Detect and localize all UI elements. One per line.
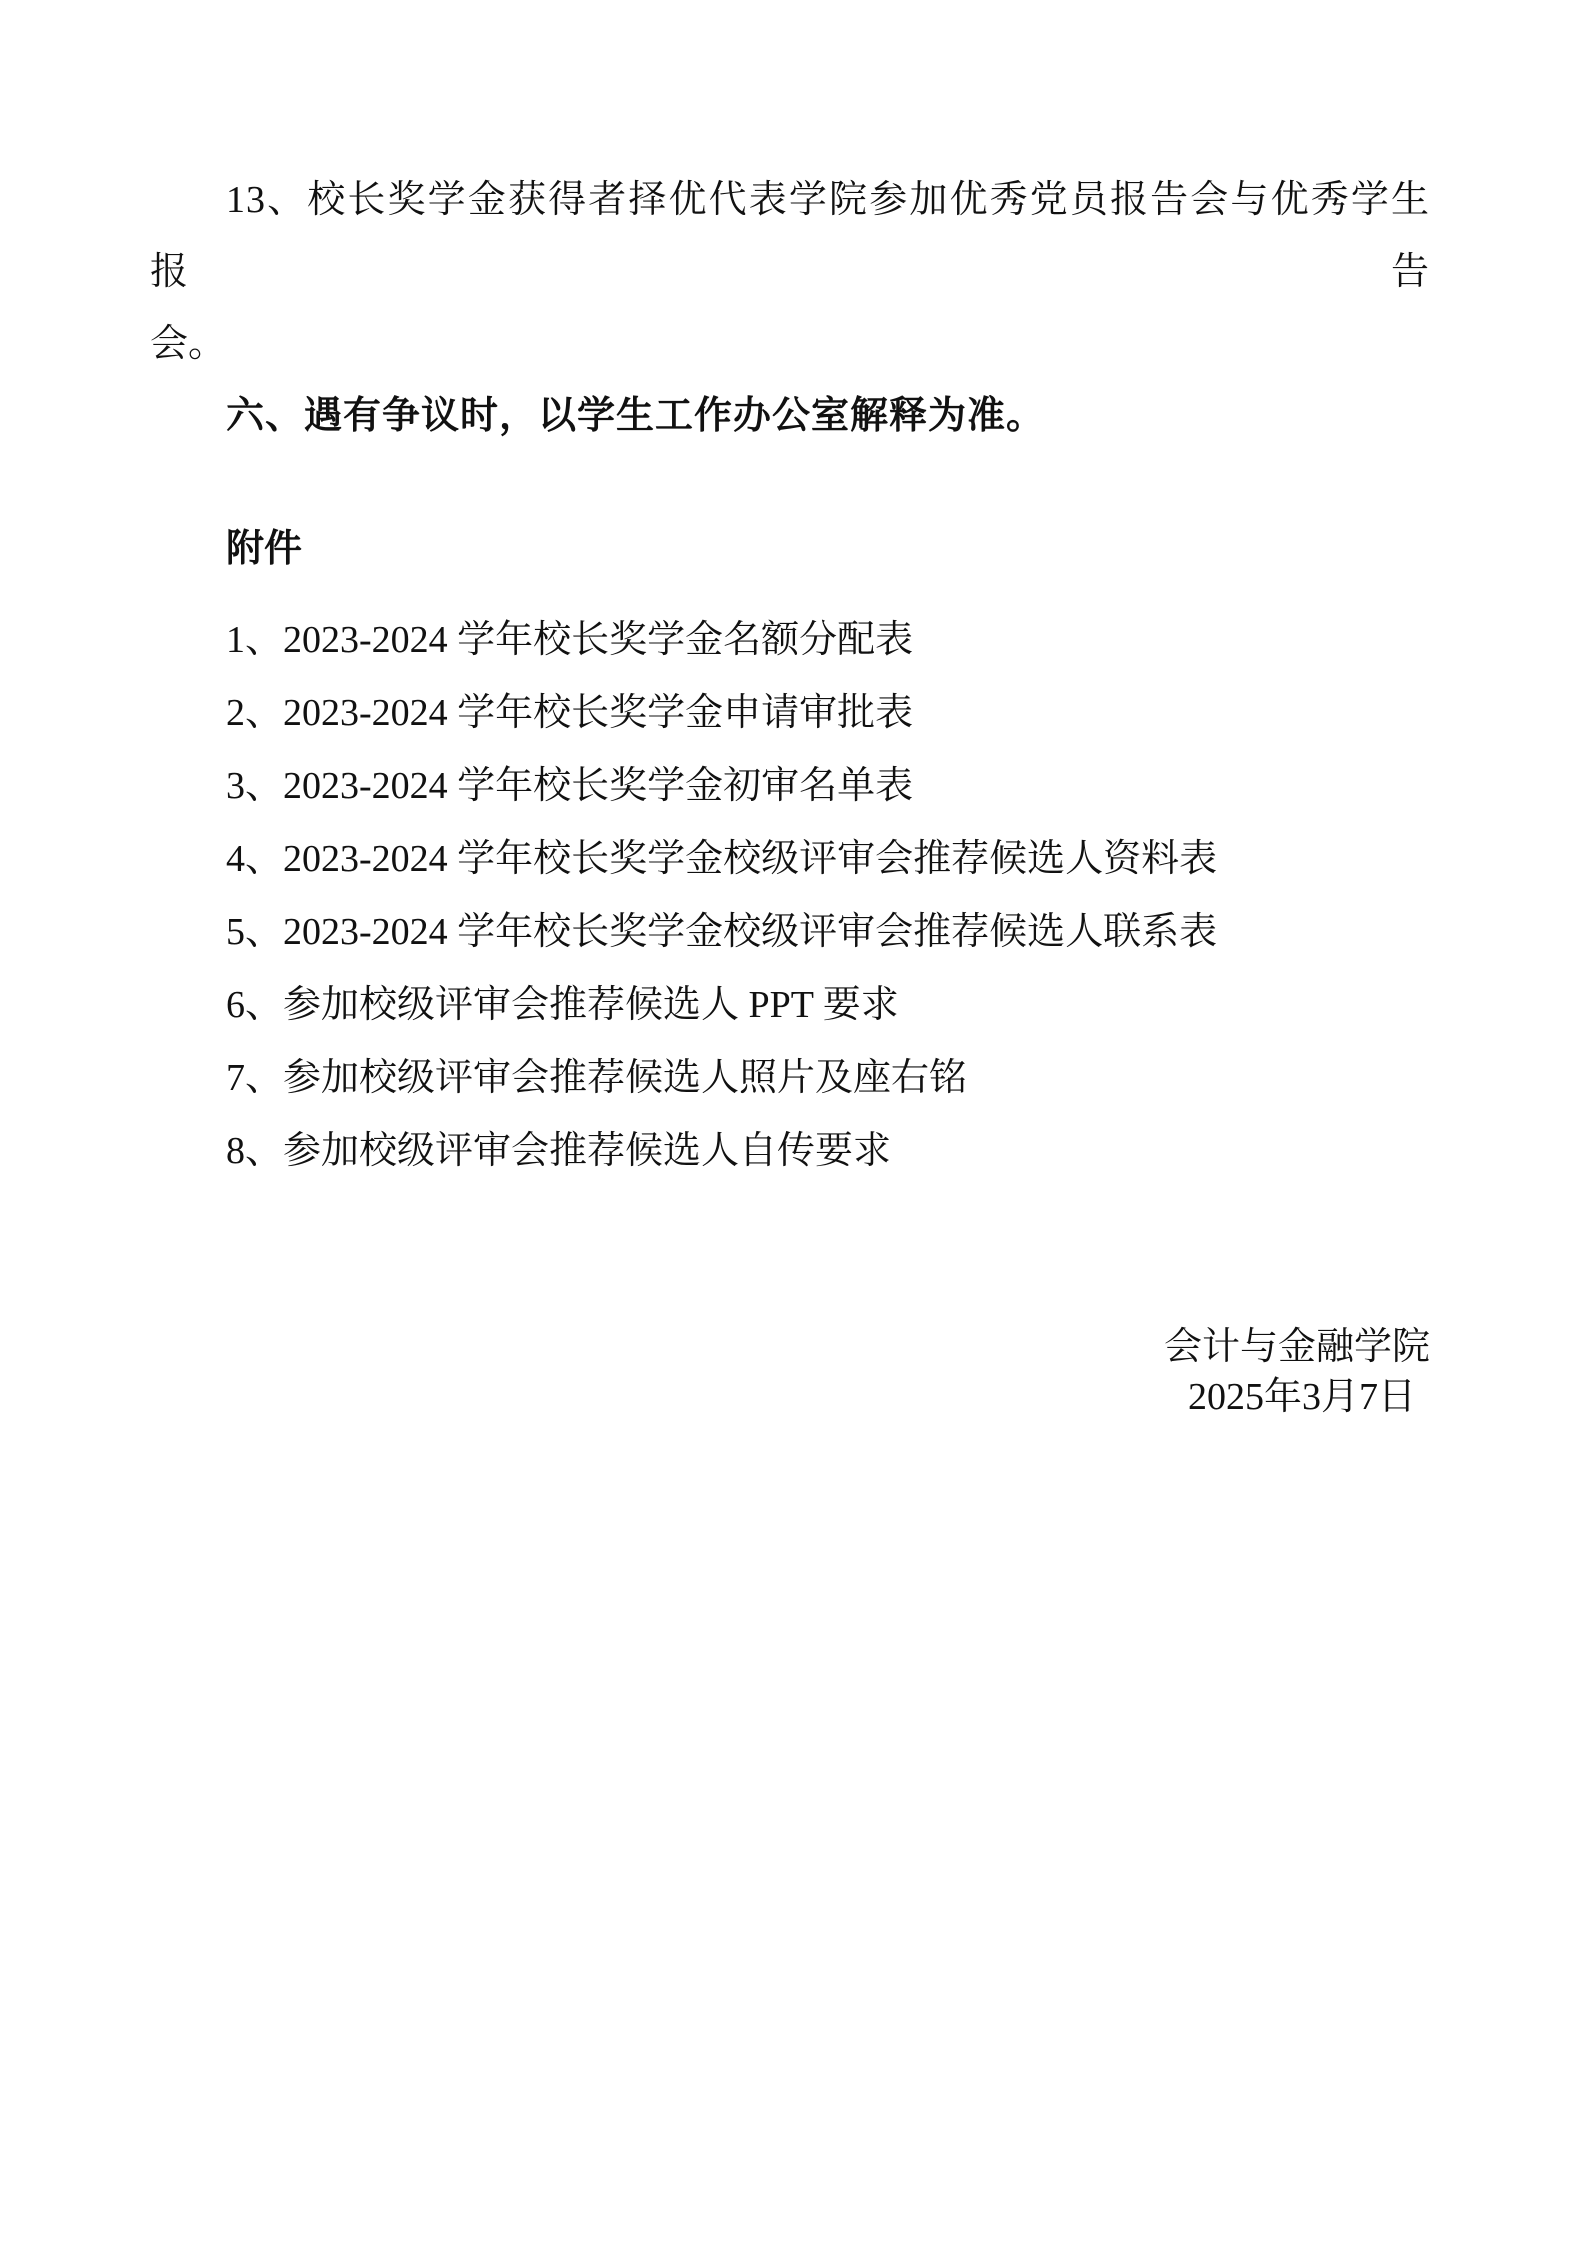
document-page: 13、校长奖学金获得者择优代表学院参加优秀党员报告会与优秀学生报告 会。 六、遇… (0, 0, 1586, 2245)
section-6-heading: 六、遇有争议时，以学生工作办公室解释为准。 (150, 380, 1430, 452)
attachments-list: 1、2023-2024 学年校长奖学金名额分配表 2、2023-2024 学年校… (150, 604, 1430, 1188)
signature-date: 2025年3月7日 (150, 1372, 1430, 1422)
attachment-item: 2、2023-2024 学年校长奖学金申请审批表 (150, 677, 1430, 750)
paragraph-13-line2: 会。 (150, 308, 1430, 380)
paragraph-13-line1: 13、校长奖学金获得者择优代表学院参加优秀党员报告会与优秀学生报告 (150, 164, 1430, 308)
attachment-item: 4、2023-2024 学年校长奖学金校级评审会推荐候选人资料表 (150, 823, 1430, 896)
paragraph-13: 13、校长奖学金获得者择优代表学院参加优秀党员报告会与优秀学生报告 会。 (150, 164, 1430, 380)
attachment-item: 3、2023-2024 学年校长奖学金初审名单表 (150, 750, 1430, 823)
attachment-item: 1、2023-2024 学年校长奖学金名额分配表 (150, 604, 1430, 677)
document-content: 13、校长奖学金获得者择优代表学院参加优秀党员报告会与优秀学生报告 会。 六、遇… (0, 0, 1586, 1422)
attachment-item: 7、参加校级评审会推荐候选人照片及座右铭 (150, 1042, 1430, 1115)
attachments-heading: 附件 (150, 513, 1430, 585)
attachment-item: 8、参加校级评审会推荐候选人自传要求 (150, 1115, 1430, 1188)
signature-block: 会计与金融学院 2025年3月7日 (150, 1322, 1430, 1422)
attachment-item: 5、2023-2024 学年校长奖学金校级评审会推荐候选人联系表 (150, 896, 1430, 969)
attachment-item: 6、参加校级评审会推荐候选人 PPT 要求 (150, 969, 1430, 1042)
signature-org: 会计与金融学院 (150, 1322, 1430, 1372)
